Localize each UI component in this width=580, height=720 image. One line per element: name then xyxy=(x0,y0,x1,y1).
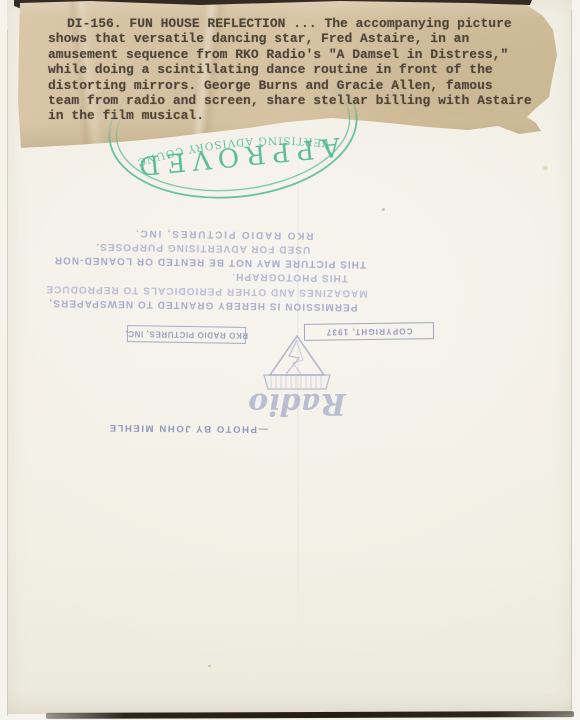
radio-tower-icon xyxy=(264,336,330,389)
rko-pictures-stamp-text: RKO RADIO PICTURES, INC. xyxy=(125,329,248,340)
rko-radio-logo: Radio xyxy=(240,330,355,422)
photographer-credit-text: —PHOTO BY JOHN MIEHLE xyxy=(108,422,268,435)
caption-line: DI-156. FUN HOUSE REFLECTION ... The acc… xyxy=(48,16,553,31)
approved-stamp: APPROVED ADVERTISING ADVISORY COUNCIL xyxy=(94,39,371,216)
stain-speck xyxy=(382,208,385,211)
approved-stamp-oval-outer xyxy=(103,45,363,208)
radio-script-text: Radio xyxy=(248,386,346,421)
stain-speck xyxy=(543,166,548,170)
permission-line: RKO RADIO PICTURES, INC. xyxy=(96,224,313,241)
rko-pictures-stamp-box: RKO RADIO PICTURES, INC. xyxy=(127,325,246,344)
permission-line: USED FOR ADVERTISING PURPOSES. xyxy=(96,238,310,255)
photo-right-edge xyxy=(571,10,572,710)
photographer-credit: —PHOTO BY JOHN MIEHLE xyxy=(136,422,268,434)
permission-stamp: PERMISSION IS HEREBY GRANTED TO NEWSPAPE… xyxy=(95,224,368,314)
photo-left-edge xyxy=(7,30,8,716)
stain-speck xyxy=(208,665,211,667)
photo-bottom-edge xyxy=(46,711,574,719)
